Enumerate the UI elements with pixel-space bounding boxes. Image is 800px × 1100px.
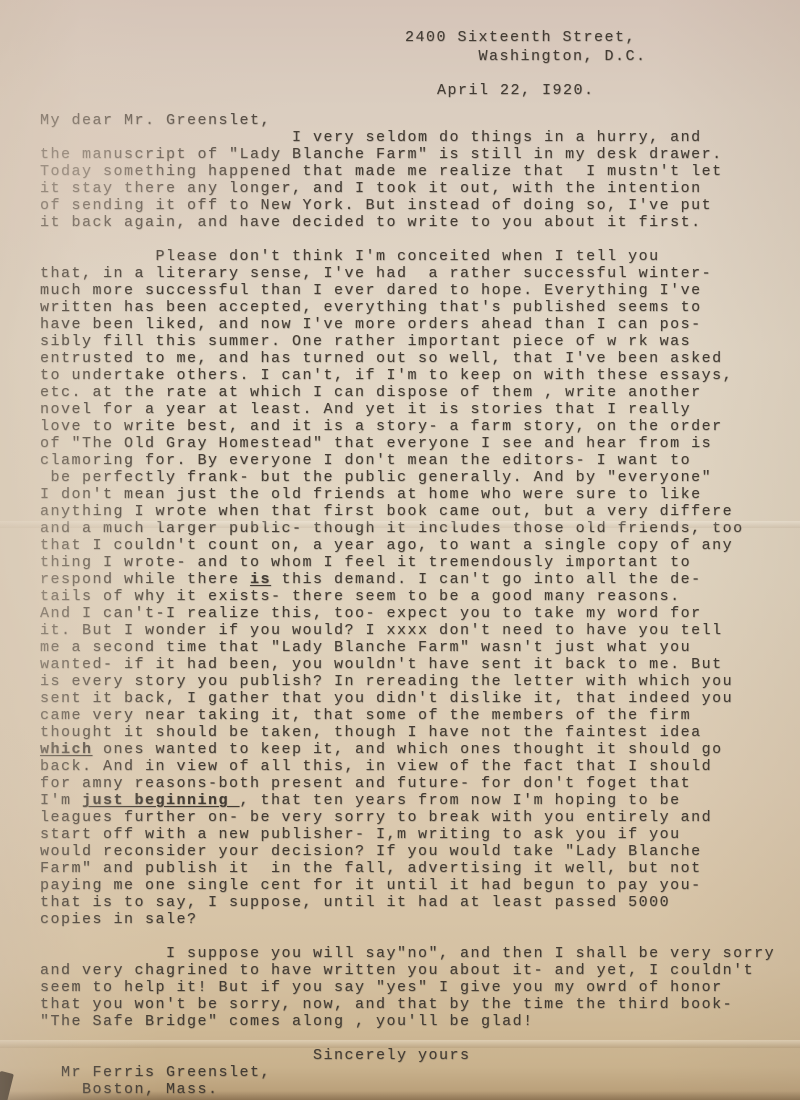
letter-line: sent it back, I gather that you didn't d… bbox=[40, 690, 775, 707]
letter-line: I don't mean just the old friends at hom… bbox=[40, 486, 775, 503]
letter-line: for amny reasons-both present and future… bbox=[40, 775, 775, 792]
letter-line: that, in a literary sense, I've had a ra… bbox=[40, 265, 775, 282]
letter-line: which ones wanted to keep it, and which … bbox=[40, 741, 775, 758]
letter-line: Today something happened that made me re… bbox=[40, 163, 775, 180]
letter-line: My dear Mr. Greenslet, bbox=[40, 112, 775, 129]
letter-line: Mr Ferris Greenslet, bbox=[40, 1064, 775, 1081]
letter-body: My dear Mr. Greenslet, I very seldom do … bbox=[40, 112, 775, 1098]
letter-line: Sincerely yours bbox=[40, 1047, 775, 1064]
paper-bottom-edge-shadow bbox=[0, 1091, 800, 1100]
letter-line: to undertake others. I can't, if I'm to … bbox=[40, 367, 775, 384]
letter-line: much more successful than I ever dared t… bbox=[40, 282, 775, 299]
letter-line: I suppose you will say"no", and then I s… bbox=[40, 945, 775, 962]
letter-line: thing I wrote- and to whom I feel it tre… bbox=[40, 554, 775, 571]
letter-line: Farm" and publish it in the fall, advert… bbox=[40, 860, 775, 877]
letter-line: of sending it off to New York. But inste… bbox=[40, 197, 775, 214]
address-line: Washington, D.C. bbox=[405, 47, 647, 66]
letter-line: written has been accepted, everything th… bbox=[40, 299, 775, 316]
letter-line: that is to say, I suppose, until it had … bbox=[40, 894, 775, 911]
letter-line: "The Safe Bridge" comes along , you'll b… bbox=[40, 1013, 775, 1030]
letter-line: etc. at the rate at which I can dispose … bbox=[40, 384, 775, 401]
letter-line: respond while there is this demand. I ca… bbox=[40, 571, 775, 588]
letter-line: tails of why it exists- there seem to be… bbox=[40, 588, 775, 605]
letter-line: clamoring for. By everyone I don't mean … bbox=[40, 452, 775, 469]
letter-line: be perfectly frank- but the public gener… bbox=[40, 469, 775, 486]
letter-line: would reconsider your decision? If you w… bbox=[40, 843, 775, 860]
letter-line: it stay there any longer, and I took it … bbox=[40, 180, 775, 197]
letter-line: paying me one single cent for it until i… bbox=[40, 877, 775, 894]
address-line: 2400 Sixteenth Street, bbox=[405, 28, 647, 47]
letter-line: thought it should be taken, though I hav… bbox=[40, 724, 775, 741]
letter-line bbox=[40, 928, 775, 945]
letter-line: it back again, and have decided to write… bbox=[40, 214, 775, 231]
letter-line: Please don't think I'm conceited when I … bbox=[40, 248, 775, 265]
letter-page: 2400 Sixteenth Street, Washington, D.C. … bbox=[0, 0, 800, 1100]
letter-line: leagues further on- be very sorry to bre… bbox=[40, 809, 775, 826]
letter-line: I'm just beginning , that ten years from… bbox=[40, 792, 775, 809]
letter-line: wanted- if it had been, you wouldn't hav… bbox=[40, 656, 775, 673]
letter-line: seem to help it! But if you say "yes" I … bbox=[40, 979, 775, 996]
letter-line: have been liked, and now I've more order… bbox=[40, 316, 775, 333]
paper-crease-lower bbox=[0, 1040, 800, 1048]
sender-address: 2400 Sixteenth Street, Washington, D.C. bbox=[405, 28, 647, 66]
letter-line: copies in sale? bbox=[40, 911, 775, 928]
letter-line: entrusted to me, and has turned out so w… bbox=[40, 350, 775, 367]
letter-line: And I can't-I realize this, too- expect … bbox=[40, 605, 775, 622]
letter-line: and very chagrined to have written you a… bbox=[40, 962, 775, 979]
letter-line: novel for a year at least. And yet it is… bbox=[40, 401, 775, 418]
letter-line: that you won't be sorry, now, and that b… bbox=[40, 996, 775, 1013]
letter-line: sibly fill this summer. One rather impor… bbox=[40, 333, 775, 350]
letter-line: anything I wrote when that first book ca… bbox=[40, 503, 775, 520]
date-line: April 22, I920. bbox=[437, 82, 595, 99]
letter-line: back. And in view of all this, in view o… bbox=[40, 758, 775, 775]
letter-line bbox=[40, 231, 775, 248]
letter-line: love to write best, and it is a story- a… bbox=[40, 418, 775, 435]
letter-line: start off with a new publisher- I,m writ… bbox=[40, 826, 775, 843]
paper-crease-upper bbox=[0, 521, 800, 528]
letter-line: is every story you publish? In rereading… bbox=[40, 673, 775, 690]
letter-line: I very seldom do things in a hurry, and bbox=[40, 129, 775, 146]
letter-line: came very near taking it, that some of t… bbox=[40, 707, 775, 724]
letter-line: me a second time that "Lady Blanche Farm… bbox=[40, 639, 775, 656]
letter-line: of "The Old Gray Homestead" that everyon… bbox=[40, 435, 775, 452]
letter-line: that I couldn't count on, a year ago, to… bbox=[40, 537, 775, 554]
letter-line: it. But I wonder if you would? I xxxx do… bbox=[40, 622, 775, 639]
letter-line: the manuscript of "Lady Blanche Farm" is… bbox=[40, 146, 775, 163]
